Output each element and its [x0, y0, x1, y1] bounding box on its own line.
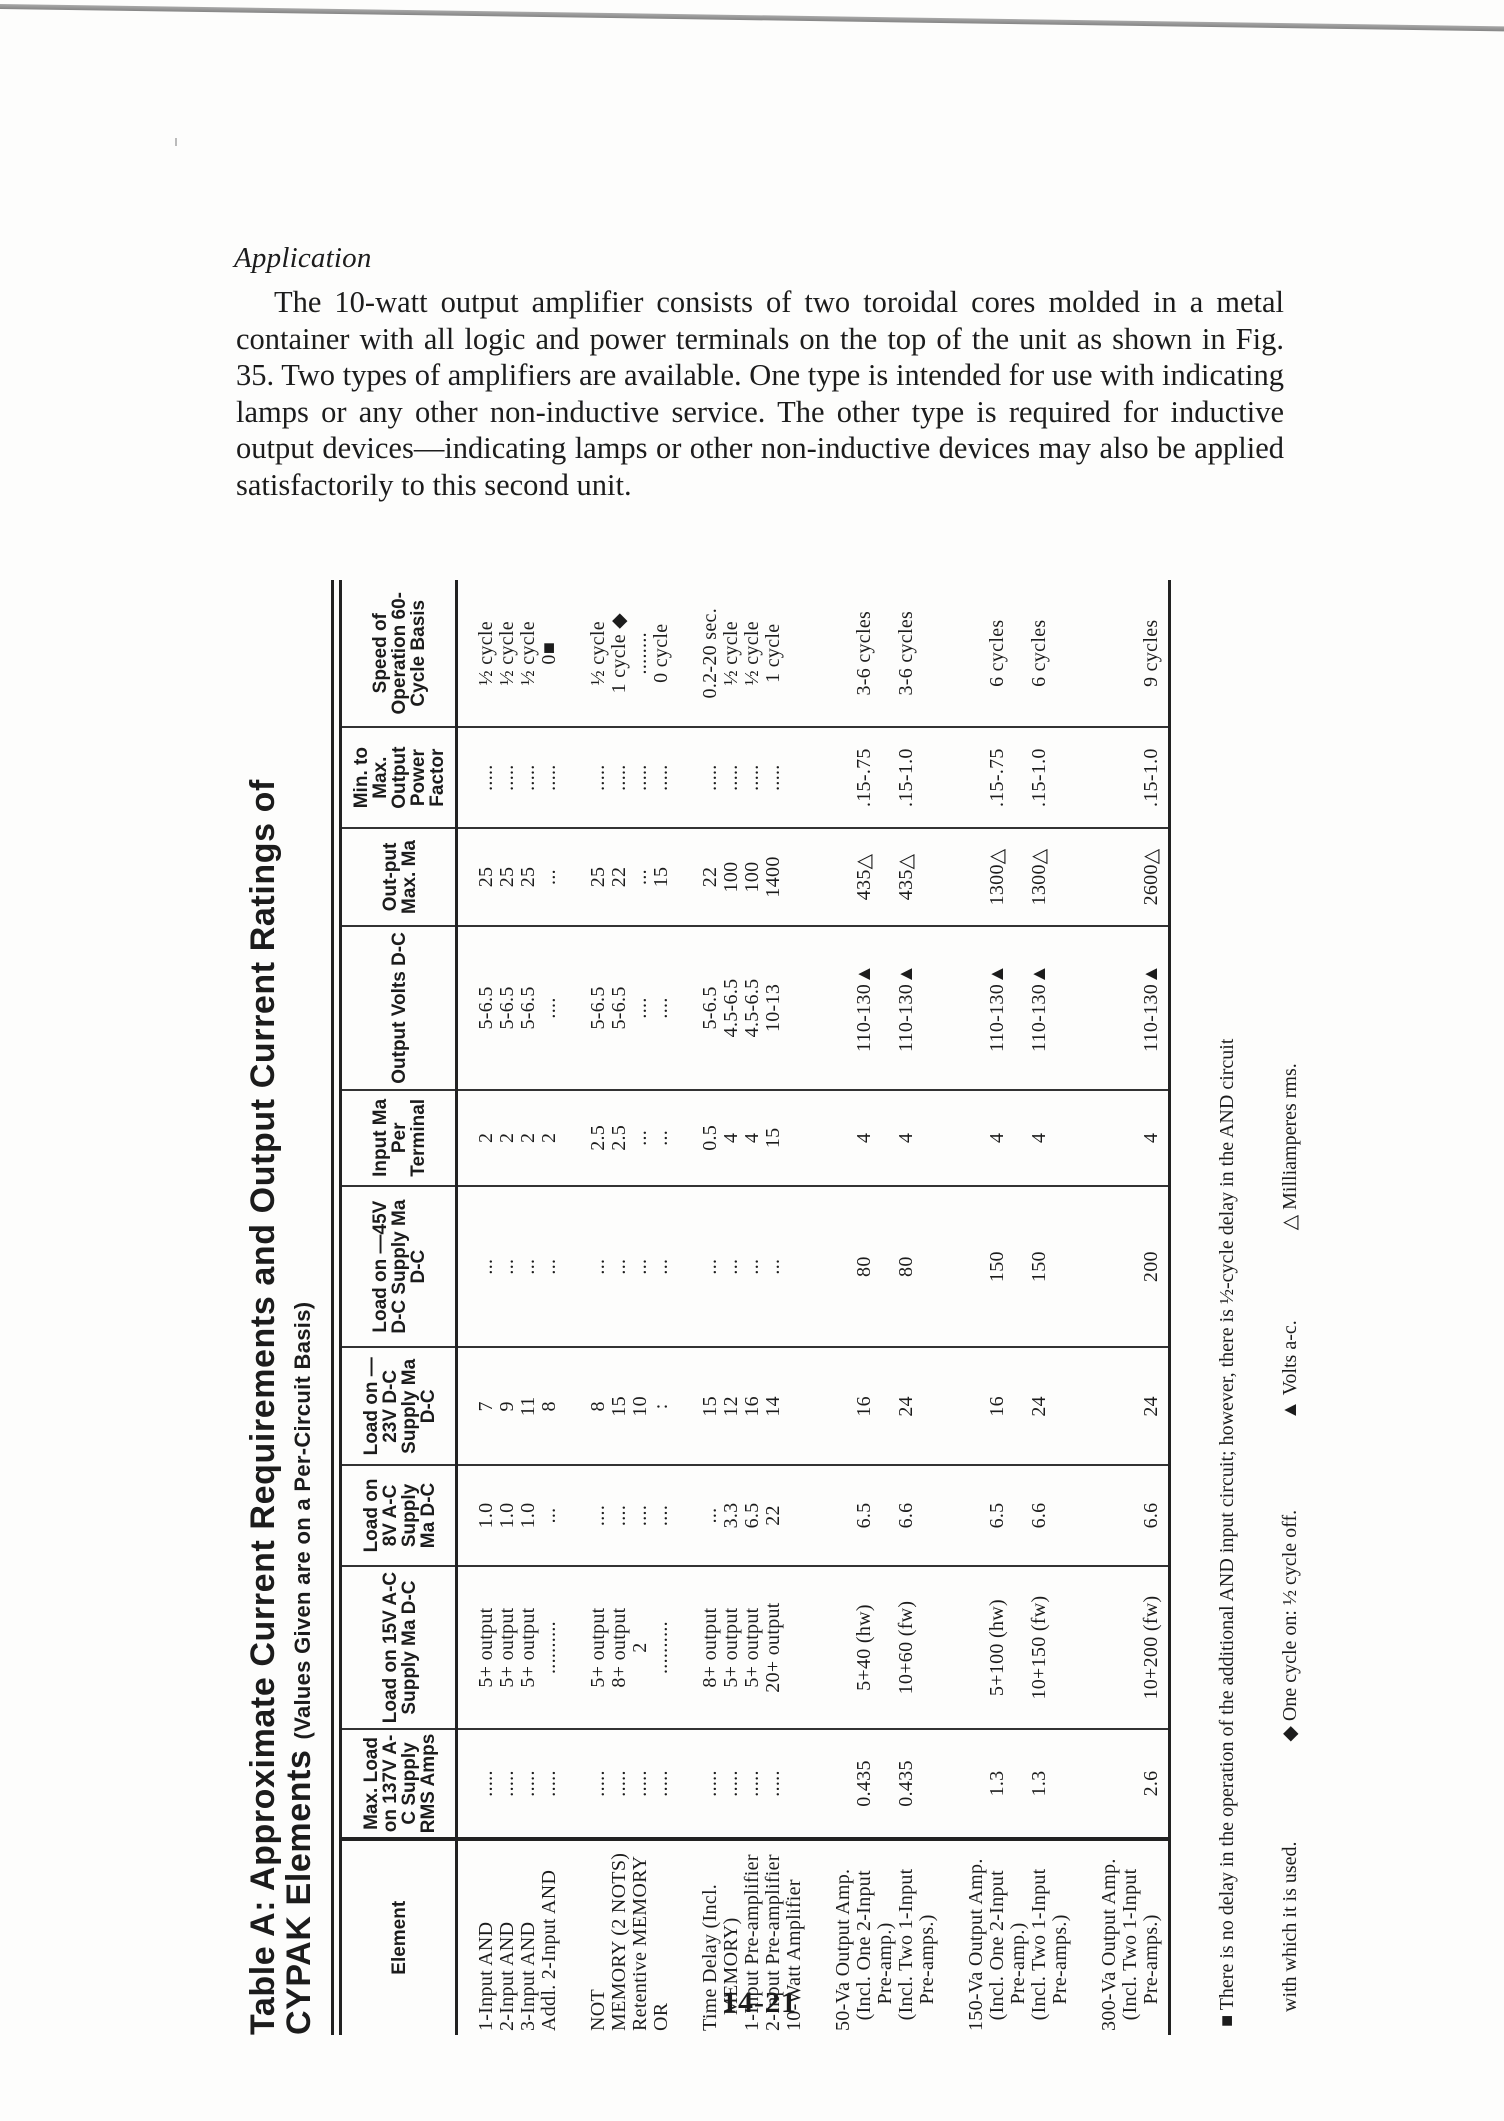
cell-15v: 5+100 (hw) 10+150 (fw) [948, 1566, 1081, 1730]
table-row-group-300va: 300-Va Output Amp. (Incl. Two 1-Input Pr… [1081, 580, 1168, 2035]
cell-8v: 6.6 [1081, 1465, 1168, 1565]
scan-edge-shadow [0, 4, 1504, 32]
table-row-group-50va: 50-Va Output Amp. (Incl. One 2-Input Pre… [815, 580, 948, 2035]
cell-23v: 16 24 [815, 1347, 948, 1465]
cell-input-ma: 4 4 [815, 1090, 948, 1186]
cell-input-ma: 2.5 2.5 ... ... [570, 1090, 682, 1186]
cell-power-factor: ..... ..... ..... ..... [570, 727, 682, 827]
cell-23v: 7 9 11 8 [457, 1347, 571, 1465]
cell-23v: 8 15 10 : [570, 1347, 682, 1465]
cell-8v: 6.5 6.6 [815, 1465, 948, 1565]
cell-45v: ... ... ... ... [570, 1186, 682, 1348]
cell-power-factor: .15-.75 .15-1.0 [815, 727, 948, 827]
cell-power-factor: ..... ..... ..... ..... [682, 727, 815, 827]
col-header-output-volts: Output Volts D-C [342, 926, 457, 1090]
cell-137v: ..... ..... ..... ..... [682, 1729, 815, 1838]
cell-input-ma: 0.5 4 4 15 [682, 1090, 815, 1186]
cell-45v: ... ... ... ... [682, 1186, 815, 1348]
cell-input-ma: 2 2 2 2 [457, 1090, 571, 1186]
cell-8v: 1.0 1.0 1.0 ... [457, 1465, 571, 1565]
cell-element: 1-Input AND 2-Input AND 3-Input AND Addl… [457, 1839, 571, 2035]
rotated-table-block: Table A: Approximate Current Requirement… [245, 580, 1320, 2035]
cell-output-volts: 5-6.5 4.5-6.5 4.5-6.5 10-13 [682, 926, 815, 1090]
col-header-speed: Speed of Operation 60-Cycle Basis [342, 580, 457, 727]
table-header-row: Element Max. Load on 137V A-C Supply RMS… [342, 580, 457, 2035]
cell-output-volts: 110-130▲ 110-130▲ [948, 926, 1081, 1090]
scan-speck [175, 138, 177, 146]
cell-speed: 6 cycles 6 cycles [948, 580, 1081, 727]
cell-15v: 5+40 (hw) 10+60 (fw) [815, 1566, 948, 1730]
col-header-15v: Load on 15V A-C Supply Ma D-C [342, 1566, 457, 1730]
table-top-rule [331, 580, 334, 2035]
col-header-input-ma: Input Ma Per Terminal [342, 1090, 457, 1186]
cell-speed: 9 cycles [1081, 580, 1168, 727]
table-row-group-and: 1-Input AND 2-Input AND 3-Input AND Addl… [457, 580, 571, 2035]
cell-output-max-ma: 25 22 ... 15 [570, 828, 682, 926]
table-subtitle-note: (Values Given are on a Per-Circuit Basis… [290, 1302, 315, 1740]
cell-15v: 10+200 (fw) [1081, 1566, 1168, 1730]
cell-output-volts: 5-6.5 5-6.5 5-6.5 .... [457, 926, 571, 1090]
footnote-line-2: with which it is used. ◆ One cycle on: ½… [1280, 580, 1301, 2027]
cell-output-max-ma: 435△ 435△ [815, 828, 948, 926]
cell-23v: 24 [1081, 1347, 1168, 1465]
cell-8v: 6.5 6.6 [948, 1465, 1081, 1565]
cell-45v: 80 80 [815, 1186, 948, 1348]
body-paragraph: The 10-watt output amplifier consists of… [236, 284, 1284, 504]
col-header-8v: Load on 8V A-C Supply Ma D-C [342, 1465, 457, 1565]
cell-element: 300-Va Output Amp. (Incl. Two 1-Input Pr… [1081, 1839, 1168, 2035]
cell-45v: ... ... ... ... [457, 1186, 571, 1348]
cell-45v: 200 [1081, 1186, 1168, 1348]
cell-speed: 3-6 cycles 3-6 cycles [815, 580, 948, 727]
table-subtitle-main: CYPAK Elements [280, 1749, 318, 2035]
cell-output-max-ma: 25 25 25 ... [457, 828, 571, 926]
cell-15v: 5+ output 5+ output 5+ output .......... [457, 1566, 571, 1730]
cell-output-max-ma: 22 100 100 1400 [682, 828, 815, 926]
table-row-group-150va: 150-Va Output Amp. (Incl. One 2-Input Pr… [948, 580, 1081, 2035]
cell-input-ma: 4 4 [948, 1090, 1081, 1186]
cell-output-max-ma: 1300△ 1300△ [948, 828, 1081, 926]
cell-power-factor: ..... ..... ..... ..... [457, 727, 571, 827]
section-heading: Application [234, 242, 372, 275]
page-number: 14-21 [722, 1986, 797, 2020]
cell-output-volts: 110-130▲ 110-130▲ [815, 926, 948, 1090]
col-header-element: Element [342, 1839, 457, 2035]
cell-137v: 2.6 [1081, 1729, 1168, 1838]
table-row-group-time-delay: Time Delay (Incl. MEMORY) 1-Input Pre-am… [682, 580, 815, 2035]
cell-137v: ..... ..... ..... ..... [457, 1729, 571, 1838]
cell-8v: ... 3.3 6.5 22 [682, 1465, 815, 1565]
cell-45v: 150 150 [948, 1186, 1081, 1348]
col-header-output-max-ma: Out-put Max. Ma [342, 828, 457, 926]
cell-input-ma: 4 [1081, 1090, 1168, 1186]
table-footnotes: ■ There is no delay in the operation of … [1171, 580, 1343, 2035]
cell-output-max-ma: 2600△ [1081, 828, 1168, 926]
col-header-45v: Load on —45V D-C Supply Ma D-C [342, 1186, 457, 1348]
cell-23v: 16 24 [948, 1347, 1081, 1465]
cell-15v: 5+ output 8+ output 2 .......... [570, 1566, 682, 1730]
cell-power-factor: .15-.75 .15-1.0 [948, 727, 1081, 827]
col-header-power-factor: Min. to Max. Output Power Factor [342, 727, 457, 827]
cell-output-volts: 5-6.5 5-6.5 .... .... [570, 926, 682, 1090]
table-row-group-not-memory: NOT MEMORY (2 NOTS) Retentive MEMORY OR … [570, 580, 682, 2035]
cell-speed: ½ cycle 1 cycle ◆ ........ 0 cycle [570, 580, 682, 727]
cell-element: NOT MEMORY (2 NOTS) Retentive MEMORY OR [570, 1839, 682, 2035]
cell-element: 150-Va Output Amp. (Incl. One 2-Input Pr… [948, 1839, 1081, 2035]
current-ratings-table: Element Max. Load on 137V A-C Supply RMS… [342, 580, 1168, 2035]
cell-element: 50-Va Output Amp. (Incl. One 2-Input Pre… [815, 1839, 948, 2035]
table-subtitle: CYPAK Elements (Values Given are on a Pe… [281, 580, 321, 2035]
cell-15v: 8+ output 5+ output 5+ output 20+ output [682, 1566, 815, 1730]
cell-power-factor: .15-1.0 [1081, 727, 1168, 827]
cell-8v: .... .... .... .... [570, 1465, 682, 1565]
cell-137v: 0.435 0.435 [815, 1729, 948, 1838]
table-title: Table A: Approximate Current Requirement… [245, 580, 281, 2035]
cell-137v: ..... ..... ..... ..... [570, 1729, 682, 1838]
footnote-line-1: ■ There is no delay in the operation of … [1217, 580, 1238, 2027]
cell-output-volts: 110-130▲ [1081, 926, 1168, 1090]
cell-speed: ½ cycle ½ cycle ½ cycle 0■ [457, 580, 571, 727]
col-header-23v: Load on —23V D-C Supply Ma D-C [342, 1347, 457, 1465]
col-header-137v: Max. Load on 137V A-C Supply RMS Amps [342, 1729, 457, 1838]
cell-137v: 1.3 1.3 [948, 1729, 1081, 1838]
cell-speed: 0.2-20 sec. ½ cycle ½ cycle 1 cycle [682, 580, 815, 727]
cell-23v: 15 12 16 14 [682, 1347, 815, 1465]
